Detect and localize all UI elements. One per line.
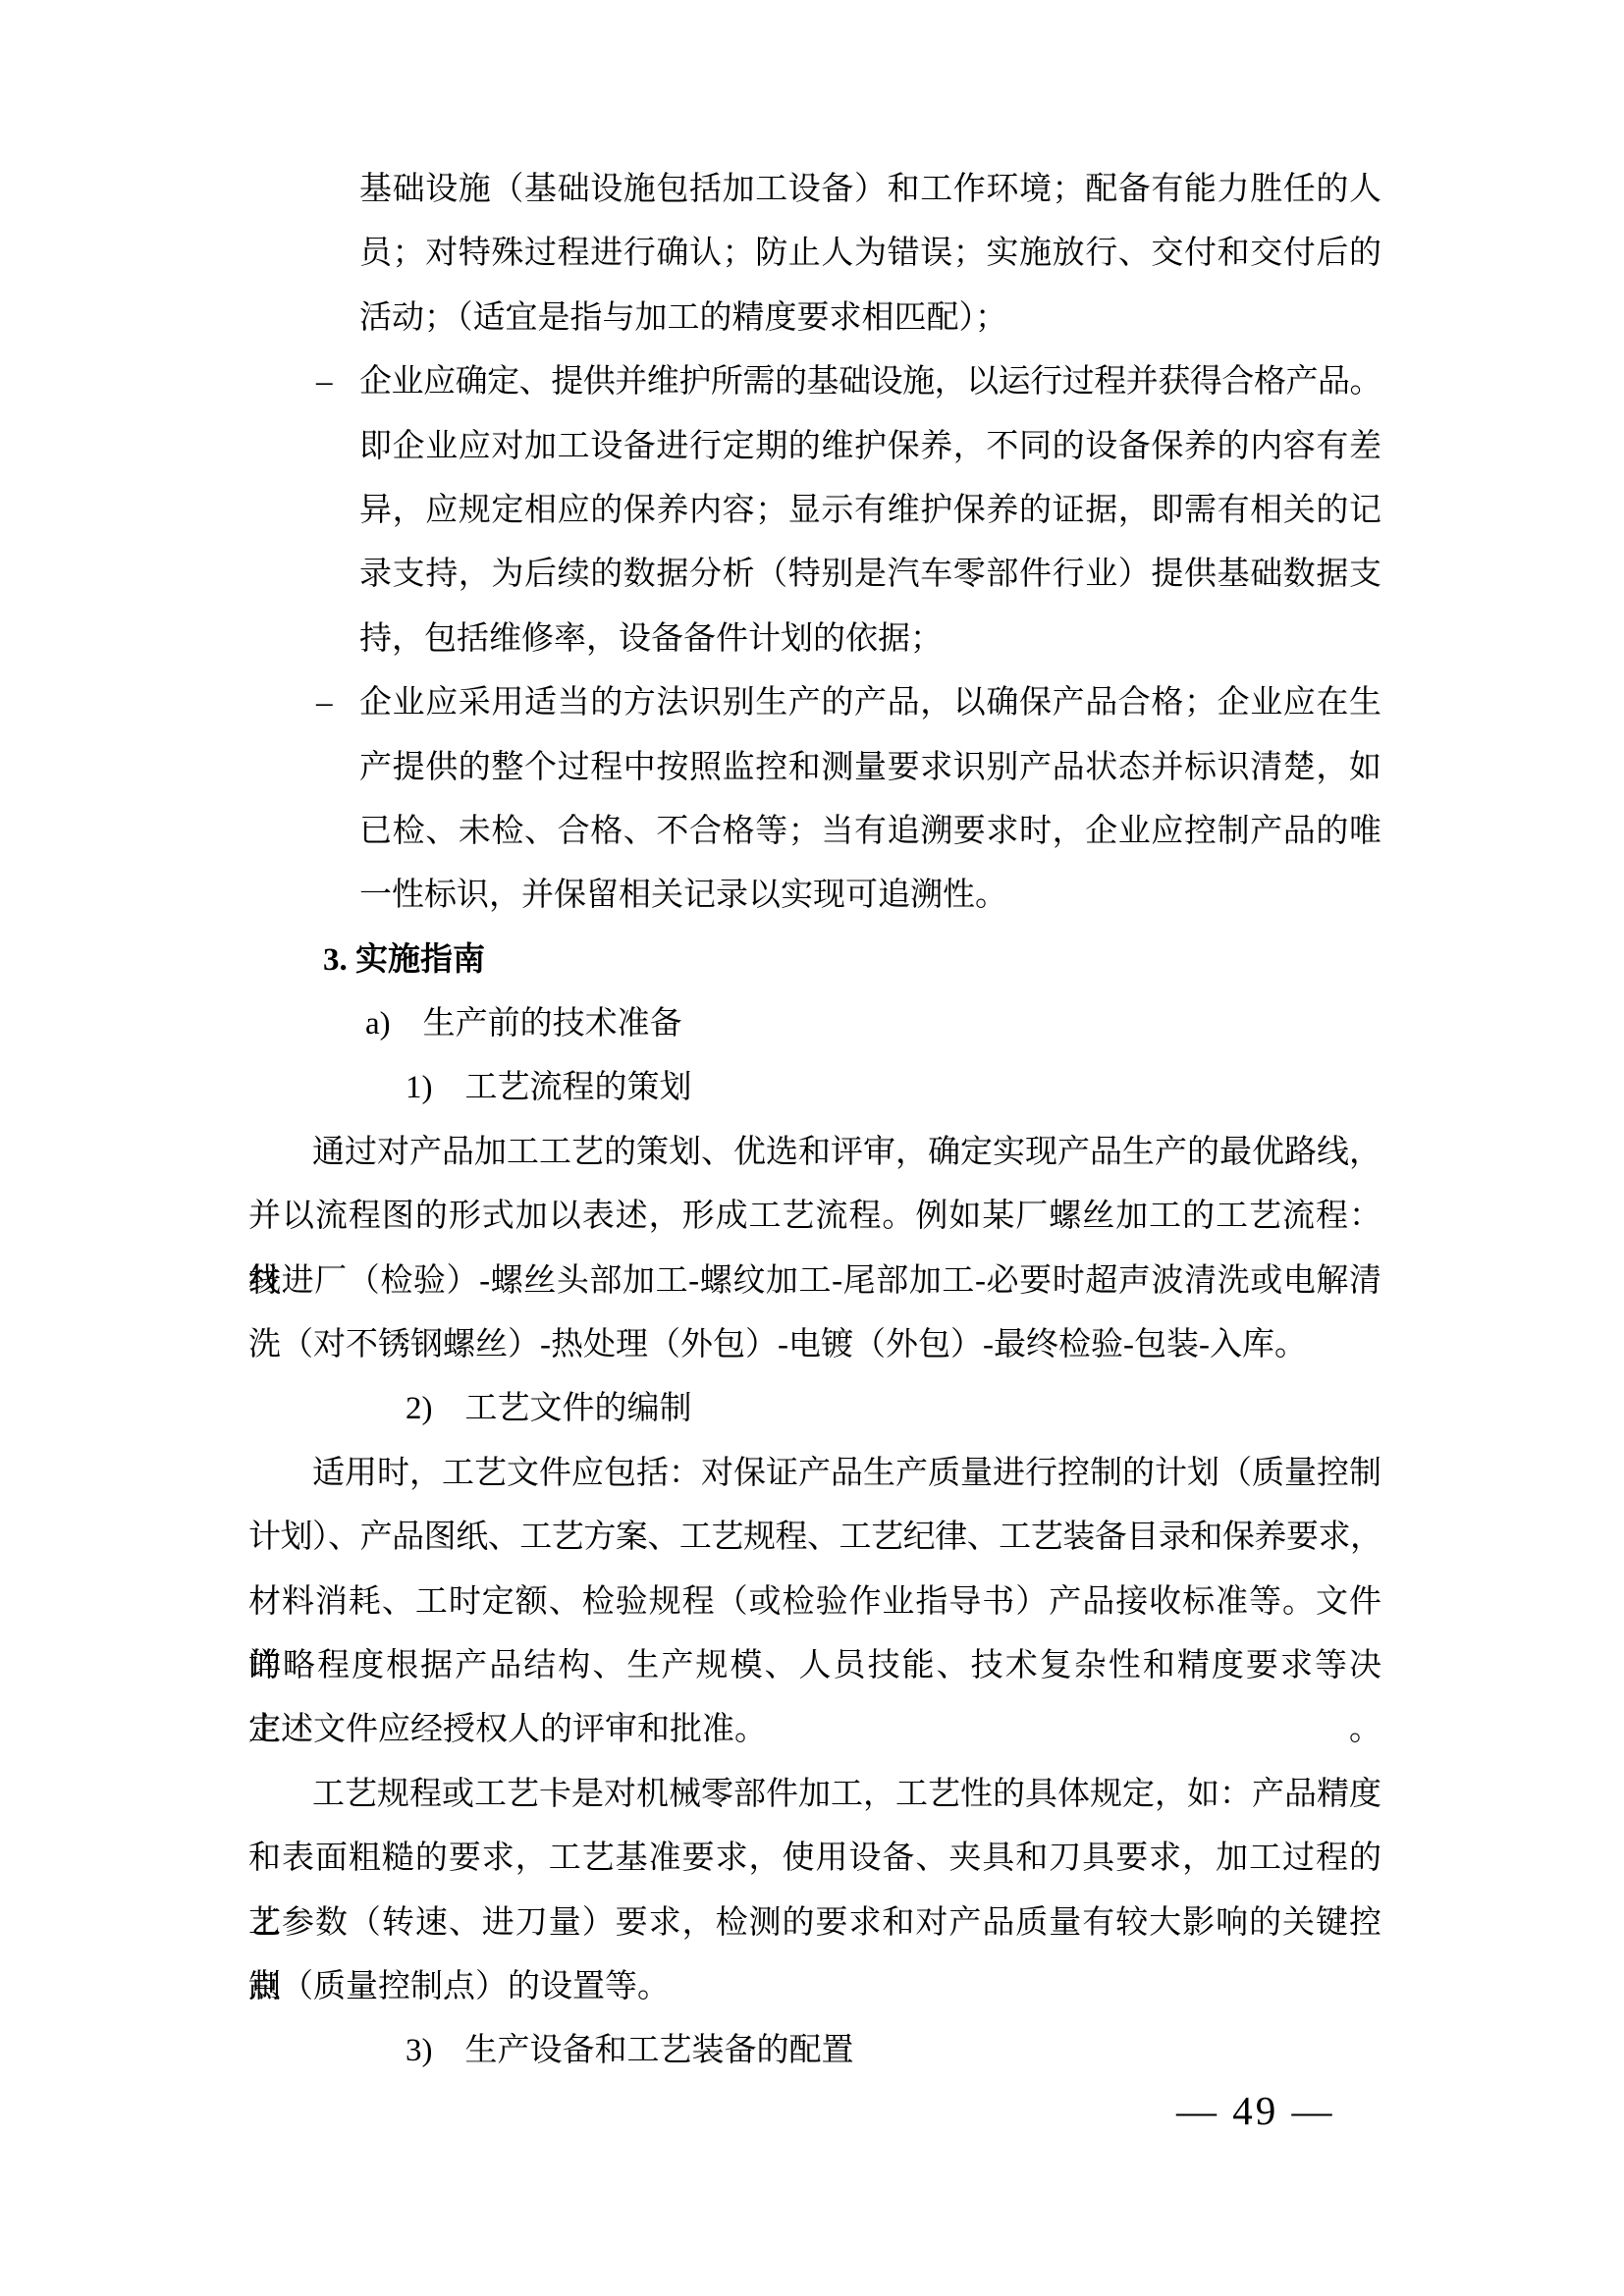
text-block: 基础设施（基础设施包括加工设备）和工作环境；配备有能力胜任的人 员；对特殊过程进… xyxy=(248,158,1381,2084)
doc-line: 并以流程图的形式加以表述，形成工艺流程。例如某厂螺丝加工的工艺流程：线 xyxy=(248,1185,1381,1249)
list-item-3: 3) 生产设备和工艺装备的配置 xyxy=(248,2019,1381,2083)
list-item-1: 1) 工艺流程的策划 xyxy=(248,1056,1381,1120)
doc-line: 通过对产品加工工艺的策划、优选和评审，确定实现产品生产的最优路线， xyxy=(248,1121,1381,1185)
doc-line: 已检、未检、合格、不合格等；当有追溯要求时，企业应控制产品的唯 xyxy=(248,800,1381,864)
bullet-item: –企业应采用适当的方法识别生产的产品，以确保产品合格；企业应在生 xyxy=(248,671,1381,735)
doc-line: 持，包括维修率，设备备件计划的依据； xyxy=(248,608,1381,671)
doc-line: 工艺规程或工艺卡是对机械零部件加工，工艺性的具体规定，如：产品精度 xyxy=(248,1763,1381,1827)
section-heading: 3. 实施指南 xyxy=(248,929,1381,992)
list-item-a: a) 生产前的技术准备 xyxy=(248,992,1381,1056)
doc-line: 适用时，工艺文件应包括：对保证产品生产质量进行控制的计划（质量控制 xyxy=(248,1442,1381,1506)
doc-line: 异，应规定相应的保养内容；显示有维护保养的证据，即需有相关的记 xyxy=(248,479,1381,543)
doc-line: 产提供的整个过程中按照监控和测量要求识别产品状态并标识清楚，如 xyxy=(248,736,1381,800)
list-item-2: 2) 工艺文件的编制 xyxy=(248,1377,1381,1441)
doc-line: 员；对特殊过程进行确认；防止人为错误；实施放行、交付和交付后的 xyxy=(248,222,1381,286)
doc-line: 活动；（适宜是指与加工的精度要求相匹配）； xyxy=(248,287,1381,350)
doc-line: 和表面粗糙的要求，工艺基准要求，使用设备、夹具和刀具要求，加工过程的工 xyxy=(248,1827,1381,1891)
bullet-dash: – xyxy=(316,671,333,735)
document-page: 基础设施（基础设施包括加工设备）和工作环境；配备有能力胜任的人 员；对特殊过程进… xyxy=(0,0,1624,2296)
doc-line: 艺参数（转速、进刀量）要求，检测的要求和对产品质量有较大影响的关键控制 xyxy=(248,1892,1381,1955)
doc-line: 材进厂（检验）-螺丝头部加工-螺纹加工-尾部加工-必要时超声波清洗或电解清 xyxy=(248,1250,1381,1313)
doc-line: 洗（对不锈钢螺丝）-热处理（外包）-电镀（外包）-最终检验-包装-入库。 xyxy=(248,1313,1381,1377)
bullet-text: 企业应确定、提供并维护所需的基础设施，以运行过程并获得合格产品。 xyxy=(359,364,1381,400)
bullet-text: 企业应采用适当的方法识别生产的产品，以确保产品合格；企业应在生 xyxy=(359,685,1381,721)
doc-line: 计划）、产品图纸、工艺方案、工艺规程、工艺纪律、工艺装备目录和保养要求， xyxy=(248,1506,1381,1570)
bullet-dash: – xyxy=(316,350,333,414)
doc-line: 详略程度根据产品结构、生产规模、人员技能、技术复杂性和精度要求等决定。 xyxy=(248,1634,1381,1698)
page-number: — 49 — xyxy=(1176,2087,1335,2134)
doc-line: 录支持，为后续的数据分析（特别是汽车零部件行业）提供基础数据支 xyxy=(248,543,1381,607)
doc-line: 一性标识，并保留相关记录以实现可追溯性。 xyxy=(248,864,1381,928)
doc-line: 即企业应对加工设备进行定期的维护保养，不同的设备保养的内容有差 xyxy=(248,415,1381,479)
doc-line: 点（质量控制点）的设置等。 xyxy=(248,1955,1381,2019)
doc-line: 材料消耗、工时定额、检验规程（或检验作业指导书）产品接收标准等。文件的 xyxy=(248,1571,1381,1634)
doc-line: 基础设施（基础设施包括加工设备）和工作环境；配备有能力胜任的人 xyxy=(248,158,1381,222)
bullet-item: –企业应确定、提供并维护所需的基础设施，以运行过程并获得合格产品。 xyxy=(248,350,1381,414)
